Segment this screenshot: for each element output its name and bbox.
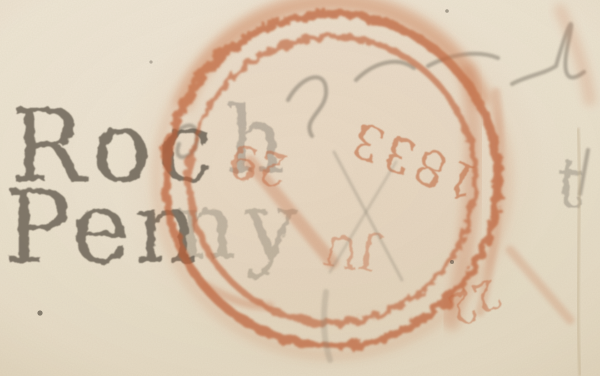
- postal-cover-scene: Roc h Pen ny t 1833 29 JU 22: [0, 0, 600, 376]
- vignette-overlay: [0, 0, 600, 376]
- postal-cover-photo: Roc h Pen ny t 1833 29 JU 22: [0, 0, 600, 376]
